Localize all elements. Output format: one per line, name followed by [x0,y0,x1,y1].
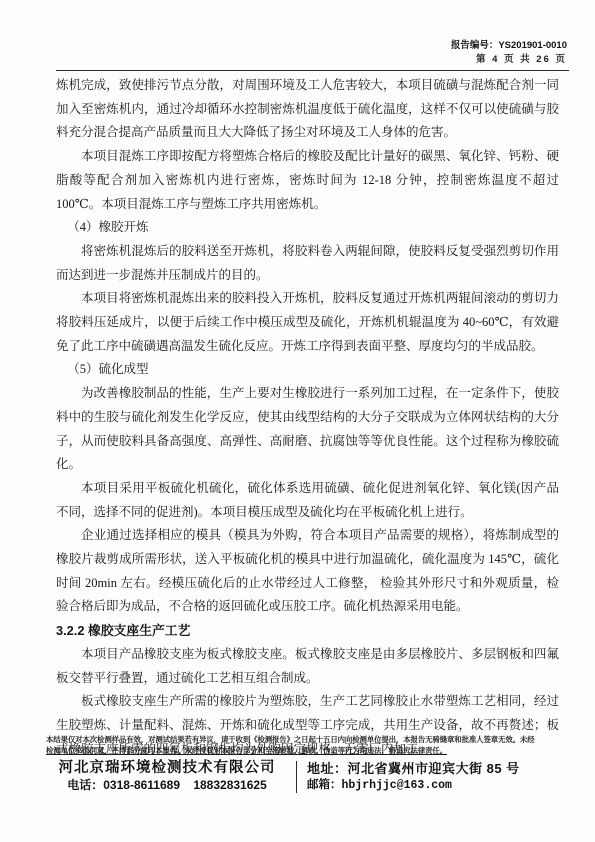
document-body: 炼机完成，致使排污节点分散，对周围环境及工人危害较大，本项目硫磺与混炼配合剂一同… [56,74,559,761]
company-right-column: 地址：河北省冀州市迎宾大街 85 号 邮箱：hbjrhjjc@163.com [307,760,569,793]
disclaimer-line-2: 检测单位书面同意，不得部分复印本报告。未经授权对本报告部分和全部转载、篡改、伪造… [46,745,569,756]
paragraph: 为改善橡胶制品的性能，生产上要对生橡胶进行一系列加工过程，在一定条件下，使胶料中… [56,382,559,477]
company-info-row: 河北京瑞环境检测技术有限公司 电话：0318-8611689 188328316… [46,760,569,793]
paragraph: 炼机完成，致使排污节点分散，对周围环境及工人危害较大，本项目硫磺与混炼配合剂一同… [56,74,559,145]
header-divider [56,70,569,71]
paragraph: 本项目将密炼机混炼出来的胶料投入开炼机，胶料反复通过开炼机两辊间滚动的剪切力将胶… [56,287,559,358]
paragraph: 企业通过选择相应的模具（模具为外购，符合本项目产品需要的规格），将炼制成型的橡胶… [56,524,559,619]
company-left-column: 河北京瑞环境检测技术有限公司 电话：0318-8611689 188328316… [46,760,288,793]
numbered-heading: （4）橡胶开炼 [56,216,559,240]
page-footer: 本结果仅对本次检测样品有效，对测试结果若有异议，请于收到《检测报告》之日起十五日… [46,734,569,793]
company-phone: 电话：0318-8611689 18832831625 [46,778,288,793]
report-number: 报告编号：YS201901-0010 [451,40,567,52]
footer-vertical-divider [296,761,297,793]
email-value: hbjrhjjc@163.com [342,779,452,792]
paragraph: 本项目采用平板硫化机硫化，硫化体系选用硫磺、硫化促进剂氧化锌、氧化镁(因产品不同… [56,477,559,524]
paragraph: 本项目混炼工序即按配方将塑炼合格后的橡胶及配比计量好的碳黑、氧化锌、钙粉、硬脂酸… [56,145,559,216]
email-label: 邮箱： [307,779,342,791]
section-heading: 3.2.2 橡胶支座生产工艺 [56,619,559,643]
company-address: 地址：河北省冀州市迎宾大街 85 号 [307,760,569,777]
company-name: 河北京瑞环境检测技术有限公司 [46,760,288,777]
paragraph: 将密炼机混炼后的胶料送至开炼机，将胶料卷入两辊间隙，使胶料反复受强烈剪切作用而达… [56,240,559,287]
numbered-heading: （5）硫化成型 [56,358,559,382]
company-email: 邮箱：hbjrhjjc@163.com [307,778,569,793]
footer-disclaimer: 本结果仅对本次检测样品有效，对测试结果若有异议，请于收到《检测报告》之日起十五日… [46,734,569,757]
paragraph: 本项目产品橡胶支座为板式橡胶支座。板式橡胶支座是由多层橡胶片、多层钢板和四氟板交… [56,643,559,690]
disclaimer-line-1: 本结果仅对本次检测样品有效，对测试结果若有异议，请于收到《检测报告》之日起十五日… [46,734,569,745]
page-header: 报告编号：YS201901-0010 第 4 页 共 26 页 [451,40,567,66]
report-page: 报告编号：YS201901-0010 第 4 页 共 26 页 炼机完成，致使排… [0,0,595,842]
page-number-indicator: 第 4 页 共 26 页 [451,54,567,66]
